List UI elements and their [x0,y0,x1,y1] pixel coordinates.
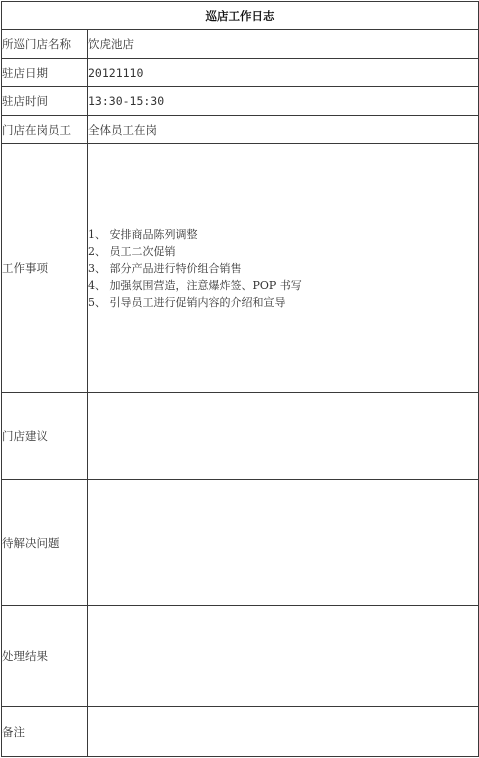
date-value: 20121110 [88,59,479,87]
time-label: 驻店时间 [2,87,88,116]
remarks-label: 备注 [2,707,88,757]
staff-label: 门店在岗员工 [2,116,88,144]
pending-issues-label: 待解决问题 [2,480,88,606]
row-remarks: 备注 [2,707,479,757]
results-label: 处理结果 [2,606,88,707]
list-item: 5、 引导员工进行促销内容的介绍和宣导 [88,294,478,311]
row-results: 处理结果 [2,606,479,707]
row-work-items: 工作事项 1、 安排商品陈列调整 2、 员工二次促销 3、 部分产品进行特价组合… [2,144,479,393]
row-suggestions: 门店建议 [2,393,479,480]
row-pending-issues: 待解决问题 [2,480,479,606]
row-staff: 门店在岗员工 全体员工在岗 [2,116,479,144]
time-value: 13:30-15:30 [88,87,479,116]
work-items-list: 1、 安排商品陈列调整 2、 员工二次促销 3、 部分产品进行特价组合销售 4、… [88,144,479,393]
store-name-value: 饮虎池店 [88,30,479,59]
work-items-label: 工作事项 [2,144,88,393]
patrol-log-table: 巡店工作日志 所巡门店名称 饮虎池店 驻店日期 20121110 驻店时间 13… [1,1,479,757]
staff-value: 全体员工在岗 [88,116,479,144]
pending-issues-value [88,480,479,606]
page-title: 巡店工作日志 [2,2,479,30]
list-item: 2、 员工二次促销 [88,243,478,260]
remarks-value [88,707,479,757]
suggestions-value [88,393,479,480]
row-date: 驻店日期 20121110 [2,59,479,87]
date-label: 驻店日期 [2,59,88,87]
results-value [88,606,479,707]
suggestions-label: 门店建议 [2,393,88,480]
list-item: 3、 部分产品进行特价组合销售 [88,260,478,277]
store-name-label: 所巡门店名称 [2,30,88,59]
title-row: 巡店工作日志 [2,2,479,30]
row-time: 驻店时间 13:30-15:30 [2,87,479,116]
row-store-name: 所巡门店名称 饮虎池店 [2,30,479,59]
list-item: 1、 安排商品陈列调整 [88,226,478,243]
list-item: 4、 加强氛围营造，注意爆炸签、POP 书写 [88,277,478,294]
